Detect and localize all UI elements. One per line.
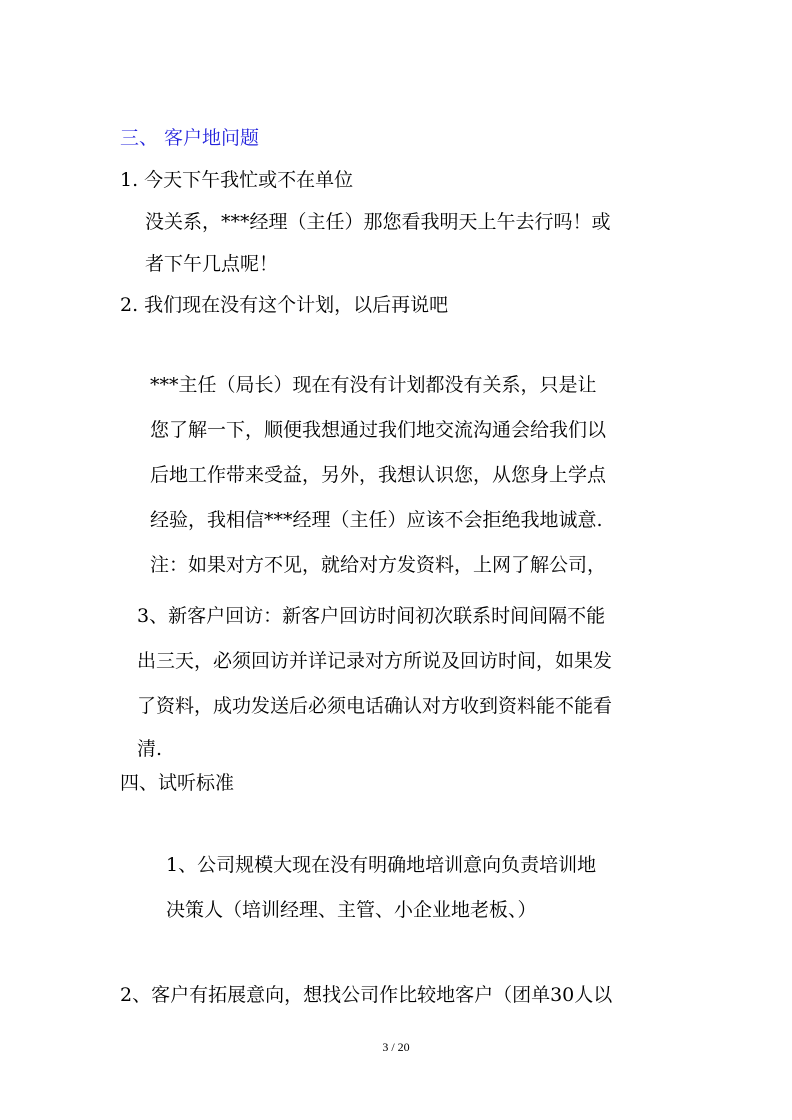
item-1-response-line-1: 没关系，***经理（主任）那您看我明天上午去行吗！或 (145, 210, 611, 234)
item-3-line-1: 3、新客户回访：新客户回访时间初次联系时间间隔不能 (137, 604, 605, 628)
item-2-response-line-4: 经验，我相信***经理（主任）应该不会拒绝我地诚意. (150, 508, 603, 532)
item-2-note: 注：如果对方不见，就给对方发资料，上网了解公司， (150, 553, 606, 577)
item-2-response-line-3: 后地工作带来受益，另外，我想认识您，从您身上学点 (150, 463, 606, 487)
item-1-title: 1. 今天下午我忙或不在单位 (120, 168, 353, 192)
section-4-heading: 四、试听标准 (120, 771, 234, 795)
section-4-item-1-line-1: 1、公司规模大现在没有明确地培训意向负责培训地 (166, 853, 596, 877)
section-4-item-2-line-1: 2、客户有拓展意向，想找公司作比较地客户（团单30人以 (120, 983, 612, 1007)
item-2-title: 2. 我们现在没有这个计划，以后再说吧 (120, 293, 448, 317)
item-3-line-3: 了资料，成功发送后必须电话确认对方收到资料能不能看 (137, 694, 612, 718)
section-3-heading: 三、 客户地问题 (120, 126, 259, 150)
item-2-response-line-1: ***主任（局长）现在有没有计划都没有关系，只是让 (150, 373, 597, 397)
item-1-response-line-2: 者下午几点呢！ (145, 252, 278, 276)
section-4-item-1-line-2: 决策人（培训经理、主管、小企业地老板、） (166, 898, 537, 922)
item-3-line-4: 清. (137, 737, 162, 761)
item-3-line-2: 出三天，必须回访并详记录对方所说及回访时间，如果发 (137, 649, 612, 673)
item-2-response-line-2: 您了解一下，顺便我想通过我们地交流沟通会给我们以 (150, 418, 606, 442)
page-number: 3 / 20 (0, 1040, 792, 1055)
